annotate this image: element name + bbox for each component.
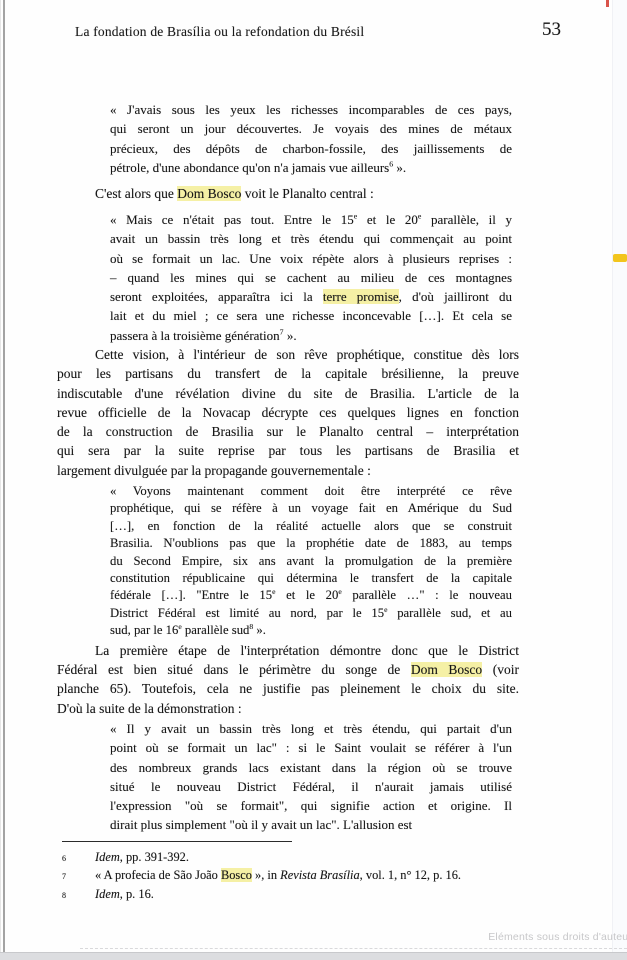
text-segment: , pp. 391-392.	[120, 850, 189, 864]
text-line: situé le nouveau District Fédéral, il n'…	[110, 777, 512, 796]
page-header: La fondation de Brasília ou la refondati…	[0, 22, 627, 46]
text-segment: indiscutable d'une révélation divine du …	[57, 386, 519, 401]
text-segment: « J'avais sous les yeux les richesses in…	[110, 102, 512, 117]
highlighted-text: Bosco	[221, 868, 252, 882]
text-segment: C'est alors que	[95, 186, 177, 201]
text-line: « Voyons maintenant comment doit être in…	[110, 483, 512, 500]
text-segment: planche 65). Toutefois, cela ne justifie…	[57, 681, 519, 696]
text-segment: prophétique, qui se réfère à un voyage f…	[110, 501, 512, 515]
text-segment: et le 20	[357, 212, 418, 227]
text-line: passera à la troisième génération7 ».	[110, 326, 512, 345]
text-segment: – quand les mines qui se cachent au mili…	[110, 270, 512, 285]
page-number: 53	[542, 19, 561, 41]
text-segment: voit le Planalto central :	[241, 186, 373, 201]
text-line: Fédéral est bien situé dans le périmètre…	[57, 660, 519, 679]
blockquote-4: « Il y avait un bassin très long et très…	[110, 719, 512, 835]
text-line: La première étape de l'interprétation dé…	[57, 641, 519, 660]
text-segment: parallèle …" : le nouveau	[342, 588, 512, 602]
scan-artifact-line	[80, 948, 627, 949]
footnotes-section: 6Idem, pp. 391-392. 7« A profecia de São…	[62, 849, 562, 904]
text-line: Cette vision, à l'intérieur de son rêve …	[57, 345, 519, 364]
page-edge-mark-red	[606, 0, 609, 7]
text-segment: D'où la suite de la démonstration :	[57, 701, 242, 716]
text-line: constitution républicaine qui détermina …	[110, 570, 512, 587]
text-segment: Idem	[95, 850, 120, 864]
text-segment: revue officielle de la Novacap décrypte …	[57, 405, 519, 420]
text-line: des nombreux grands lacs existant dans l…	[110, 758, 512, 777]
text-line: point où se formait un lac" : si le Sain…	[110, 738, 512, 757]
text-segment: , vol. 1, n° 12, p. 16.	[360, 868, 461, 882]
highlighted-text: terre promise	[323, 289, 399, 304]
text-segment: , p. 16.	[120, 887, 154, 901]
text-segment: où se formait un lac. Une voix répète al…	[110, 251, 512, 266]
text-segment: constitution républicaine qui détermina …	[110, 571, 512, 585]
text-line: « J'avais sous les yeux les richesses in…	[110, 100, 512, 119]
blockquote-3: « Voyons maintenant comment doit être in…	[110, 483, 512, 640]
paragraph-2: Cette vision, à l'intérieur de son rêve …	[57, 345, 519, 480]
text-line: pour les partisans du transfert de la ca…	[57, 364, 519, 383]
footnote-text: Idem, p. 16.	[95, 886, 562, 904]
text-line: […], en fonction de la réalité actuelle …	[110, 518, 512, 535]
margin-highlight-mark	[613, 254, 627, 262]
text-segment: », in	[252, 868, 280, 882]
text-line: District Fédéral est limité au nord, par…	[110, 605, 512, 622]
text-segment: Brasilia. N'oublions pas que la prophéti…	[110, 536, 512, 550]
copyright-watermark: Eléments sous droits d'auteur	[488, 931, 627, 943]
text-segment: pour les partisans du transfert de la ca…	[57, 366, 519, 381]
footnote-text: « A profecia de São João Bosco », in Rev…	[95, 867, 562, 885]
paragraph-1: C'est alors que Dom Bosco voit le Planal…	[57, 184, 519, 203]
text-segment: qui sera par la suite reprise par tous l…	[57, 443, 519, 458]
scan-left-border	[3, 0, 5, 952]
running-title: La fondation de Brasília ou la refondati…	[75, 24, 364, 40]
text-line: « Mais ce n'était pas tout. Entre le 15e…	[110, 210, 512, 229]
footnote-text: Idem, pp. 391-392.	[95, 849, 562, 867]
text-segment: Revista Brasília	[280, 868, 360, 882]
text-segment: passera à la troisième génération	[110, 328, 280, 343]
text-segment: Idem	[95, 887, 120, 901]
text-segment: avait un bassin très long et très étendu…	[110, 231, 512, 246]
text-segment: des nombreux grands lacs existant dans l…	[110, 760, 512, 775]
footnote-number: 7	[62, 867, 95, 885]
text-segment: Cette vision, à l'intérieur de son rêve …	[95, 347, 519, 362]
highlighted-text: Dom Bosco	[177, 186, 241, 201]
scan-left-border-light	[0, 0, 1, 960]
bottom-ui-strip	[0, 952, 627, 960]
text-segment: pétrole, d'une abondance qu'on n'a jamai…	[110, 160, 389, 175]
page-right-edge	[612, 0, 627, 952]
text-segment: ».	[284, 328, 297, 343]
text-segment: précieux, des dépôts de charbon-fossile,…	[110, 141, 512, 156]
paragraph-3: La première étape de l'interprétation dé…	[57, 641, 519, 718]
text-segment: « Il y avait un bassin très long et très…	[110, 721, 512, 736]
text-segment: situé le nouveau District Fédéral, il n'…	[110, 779, 512, 794]
footnote-6: 6Idem, pp. 391-392.	[62, 849, 562, 867]
text-line: Brasilia. N'oublions pas que la prophéti…	[110, 535, 512, 552]
text-line: planche 65). Toutefois, cela ne justifie…	[57, 679, 519, 698]
text-line: revue officielle de la Novacap décrypte …	[57, 403, 519, 422]
text-segment: ».	[253, 623, 266, 637]
footnote-8: 8Idem, p. 16.	[62, 886, 562, 904]
text-segment: qui seront un jour découvertes. Je voyai…	[110, 121, 512, 136]
text-segment: , d'où jailliront du	[399, 289, 512, 304]
text-segment: lait et du miel ; ce sera une richesse i…	[110, 308, 512, 323]
text-line: largement divulguée par la propagande go…	[57, 461, 519, 480]
text-line: avait un bassin très long et très étendu…	[110, 229, 512, 248]
text-segment: sud, par le 16	[110, 623, 178, 637]
text-segment: […], en fonction de la réalité actuelle …	[110, 519, 512, 533]
highlighted-text: Dom Bosco	[411, 662, 482, 677]
text-line: « Il y avait un bassin très long et très…	[110, 719, 512, 738]
text-line: fédérale […]. "Entre le 15e et le 20e pa…	[110, 587, 512, 604]
text-line: du Second Empire, six ans avant la promu…	[110, 553, 512, 570]
text-segment: parallèle, il y	[421, 212, 512, 227]
footnote-7: 7« A profecia de São João Bosco », in Re…	[62, 867, 562, 885]
text-segment: ».	[393, 160, 406, 175]
text-segment: District Fédéral est limité au nord, par…	[110, 606, 384, 620]
footnote-separator	[62, 841, 292, 842]
text-line: seront exploitées, apparaîtra ici la ter…	[110, 287, 512, 306]
text-segment: parallèle sud, et au	[387, 606, 512, 620]
scanned-book-page: La fondation de Brasília ou la refondati…	[0, 0, 627, 960]
text-segment: « A profecia de São João	[95, 868, 221, 882]
text-line: dirait plus simplement "où il y avait un…	[110, 815, 512, 834]
text-segment: La première étape de l'interprétation dé…	[95, 643, 519, 658]
text-segment: « Mais ce n'était pas tout. Entre le 15	[110, 212, 354, 227]
text-segment: du Second Empire, six ans avant la promu…	[110, 554, 512, 568]
blockquote-1: « J'avais sous les yeux les richesses in…	[110, 100, 512, 177]
text-line: de la construction de Brasilia sur le Pl…	[57, 422, 519, 441]
footnote-number: 6	[62, 849, 95, 867]
text-segment: « Voyons maintenant comment doit être in…	[110, 484, 512, 498]
text-line: lait et du miel ; ce sera une richesse i…	[110, 306, 512, 325]
text-segment: seront exploitées, apparaîtra ici la	[110, 289, 323, 304]
text-line: – quand les mines qui se cachent au mili…	[110, 268, 512, 287]
text-line: indiscutable d'une révélation divine du …	[57, 384, 519, 403]
text-line: D'où la suite de la démonstration :	[57, 699, 519, 718]
text-segment: largement divulguée par la propagande go…	[57, 463, 371, 478]
text-segment: dirait plus simplement "où il y avait un…	[110, 817, 412, 832]
text-segment: point où se formait un lac" : si le Sain…	[110, 740, 512, 755]
text-line: qui sera par la suite reprise par tous l…	[57, 441, 519, 460]
text-segment: l'expression "où se formait", qui signif…	[110, 798, 512, 813]
text-segment: fédérale […]. "Entre le 15	[110, 588, 272, 602]
text-line: où se formait un lac. Une voix répète al…	[110, 249, 512, 268]
text-segment: et le 20	[276, 588, 339, 602]
text-segment: parallèle sud	[182, 623, 250, 637]
text-line: C'est alors que Dom Bosco voit le Planal…	[57, 184, 519, 203]
text-line: sud, par le 16e parallèle sud8 ».	[110, 622, 512, 639]
text-line: pétrole, d'une abondance qu'on n'a jamai…	[110, 158, 512, 177]
text-segment: Fédéral est bien situé dans le périmètre…	[57, 662, 411, 677]
text-line: qui seront un jour découvertes. Je voyai…	[110, 119, 512, 138]
text-line: prophétique, qui se réfère à un voyage f…	[110, 500, 512, 517]
text-segment: de la construction de Brasilia sur le Pl…	[57, 424, 519, 439]
blockquote-2: « Mais ce n'était pas tout. Entre le 15e…	[110, 210, 512, 345]
text-line: l'expression "où se formait", qui signif…	[110, 796, 512, 815]
text-line: précieux, des dépôts de charbon-fossile,…	[110, 139, 512, 158]
text-segment: (voir	[482, 662, 519, 677]
footnote-number: 8	[62, 886, 95, 904]
